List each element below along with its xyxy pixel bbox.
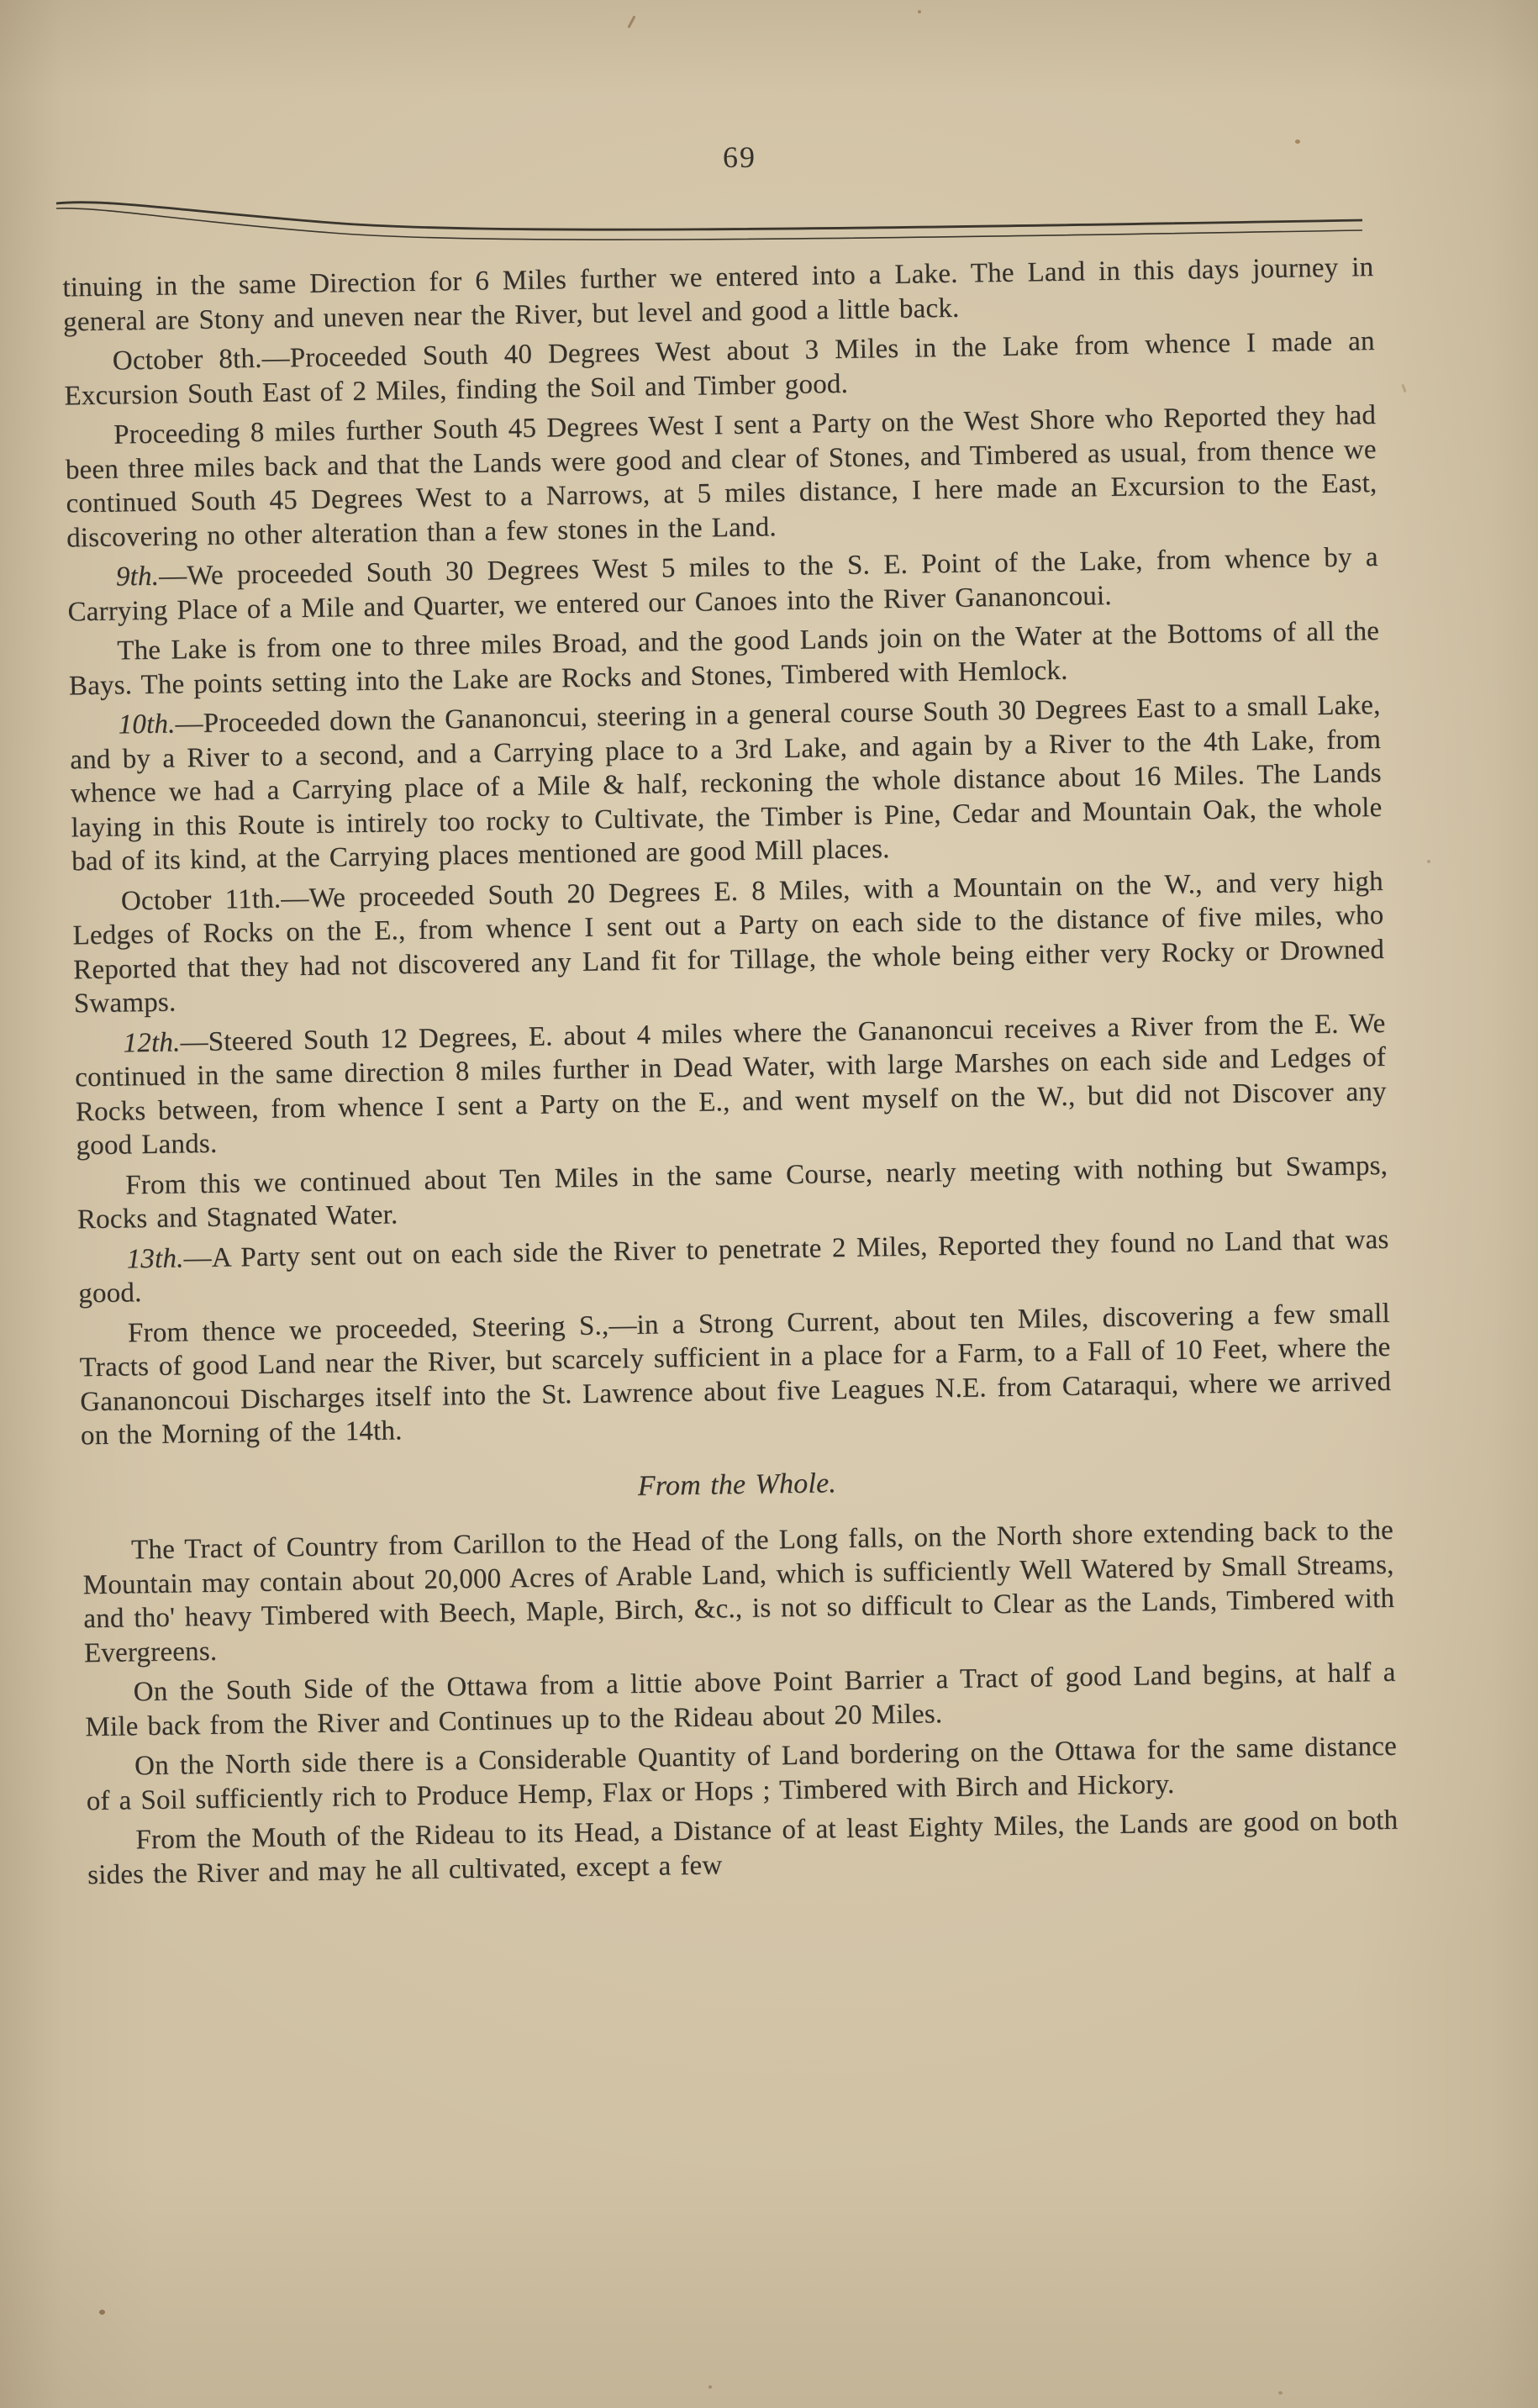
paragraph: 12th.—Steered South 12 Degrees, E. about… <box>74 1006 1387 1162</box>
paragraph: On the South Side of the Ottawa from a l… <box>84 1656 1396 1744</box>
paragraph: On the North side there is a Considerabl… <box>86 1730 1398 1818</box>
paragraph-text: On the South Side of the Ottawa from a l… <box>85 1657 1396 1742</box>
paragraph-text: October 11th.—We proceeded South 20 Degr… <box>72 866 1384 1019</box>
paragraph-lead: 9th. <box>116 561 160 593</box>
paragraph: 10th.—Proceeded down the Gananoncui, ste… <box>69 688 1383 879</box>
paragraph: 13th.—A Party sent out on each side the … <box>77 1222 1389 1310</box>
paragraph-text: —Steered South 12 Degrees, E. about 4 mi… <box>75 1008 1387 1161</box>
paragraph: The Lake is from one to three miles Broa… <box>68 614 1380 703</box>
paragraph-text: The Tract of Country from Carillon to th… <box>82 1515 1394 1668</box>
paper-speck <box>918 10 921 13</box>
paragraph: Proceeding 8 miles further South 45 Degr… <box>65 398 1377 555</box>
paragraph: tinuing in the same Direction for 6 Mile… <box>62 250 1374 339</box>
double-rule <box>54 197 1365 244</box>
paragraph-text: The Lake is from one to three miles Broa… <box>69 616 1380 701</box>
paragraph-text: From thence we proceeded, Steering S.,—i… <box>79 1298 1391 1451</box>
paper-speck <box>1295 140 1300 144</box>
paragraph-text: From the Mouth of the Rideau to its Head… <box>87 1805 1398 1890</box>
paragraph: From thence we proceeded, Steering S.,—i… <box>79 1296 1392 1452</box>
paragraph: October 11th.—We proceeded South 20 Degr… <box>72 864 1385 1020</box>
section-heading: From the Whole. <box>82 1457 1393 1512</box>
paper-speck <box>1401 384 1406 393</box>
paragraph-text: —A Party sent out on each side the River… <box>78 1224 1389 1309</box>
paragraph-text: tinuing in the same Direction for 6 Mile… <box>62 252 1373 337</box>
paper-speck <box>708 2385 712 2389</box>
paper-speck <box>1427 860 1430 863</box>
paragraph-text: —Proceeded down the Gananoncui, steering… <box>70 690 1383 877</box>
paragraph-lead: 10th. <box>118 709 175 740</box>
paragraph: From the Mouth of the Rideau to its Head… <box>87 1804 1398 1892</box>
paragraph-text: October 8th.—Proceeded South 40 Degrees … <box>64 326 1375 411</box>
page-number: 69 <box>0 140 1479 175</box>
paragraph-text: From this we continued about Ten Miles i… <box>77 1150 1388 1235</box>
paragraph-lead: 13th. <box>126 1243 183 1274</box>
paragraph: From this we continued about Ten Miles i… <box>76 1148 1388 1236</box>
book-page: 69 tinuing in the same Direction for 6 M… <box>0 0 1538 2408</box>
paragraph-text: Proceeding 8 miles further South 45 Degr… <box>66 400 1377 553</box>
page-body: tinuing in the same Direction for 6 Mile… <box>62 250 1398 1898</box>
paragraph-text: On the North side there is a Considerabl… <box>87 1731 1398 1816</box>
paragraph: The Tract of Country from Carillon to th… <box>82 1514 1395 1670</box>
paragraph: 9th.—We proceeded South 30 Degrees West … <box>67 540 1379 629</box>
paragraph-lead: 12th. <box>123 1027 180 1058</box>
paragraph: October 8th.—Proceeded South 40 Degrees … <box>64 324 1376 413</box>
paper-speck <box>627 15 635 29</box>
paragraph-text: —We proceeded South 30 Degrees West 5 mi… <box>67 542 1378 627</box>
paper-speck <box>99 2310 105 2315</box>
paper-speck <box>1278 2391 1283 2395</box>
